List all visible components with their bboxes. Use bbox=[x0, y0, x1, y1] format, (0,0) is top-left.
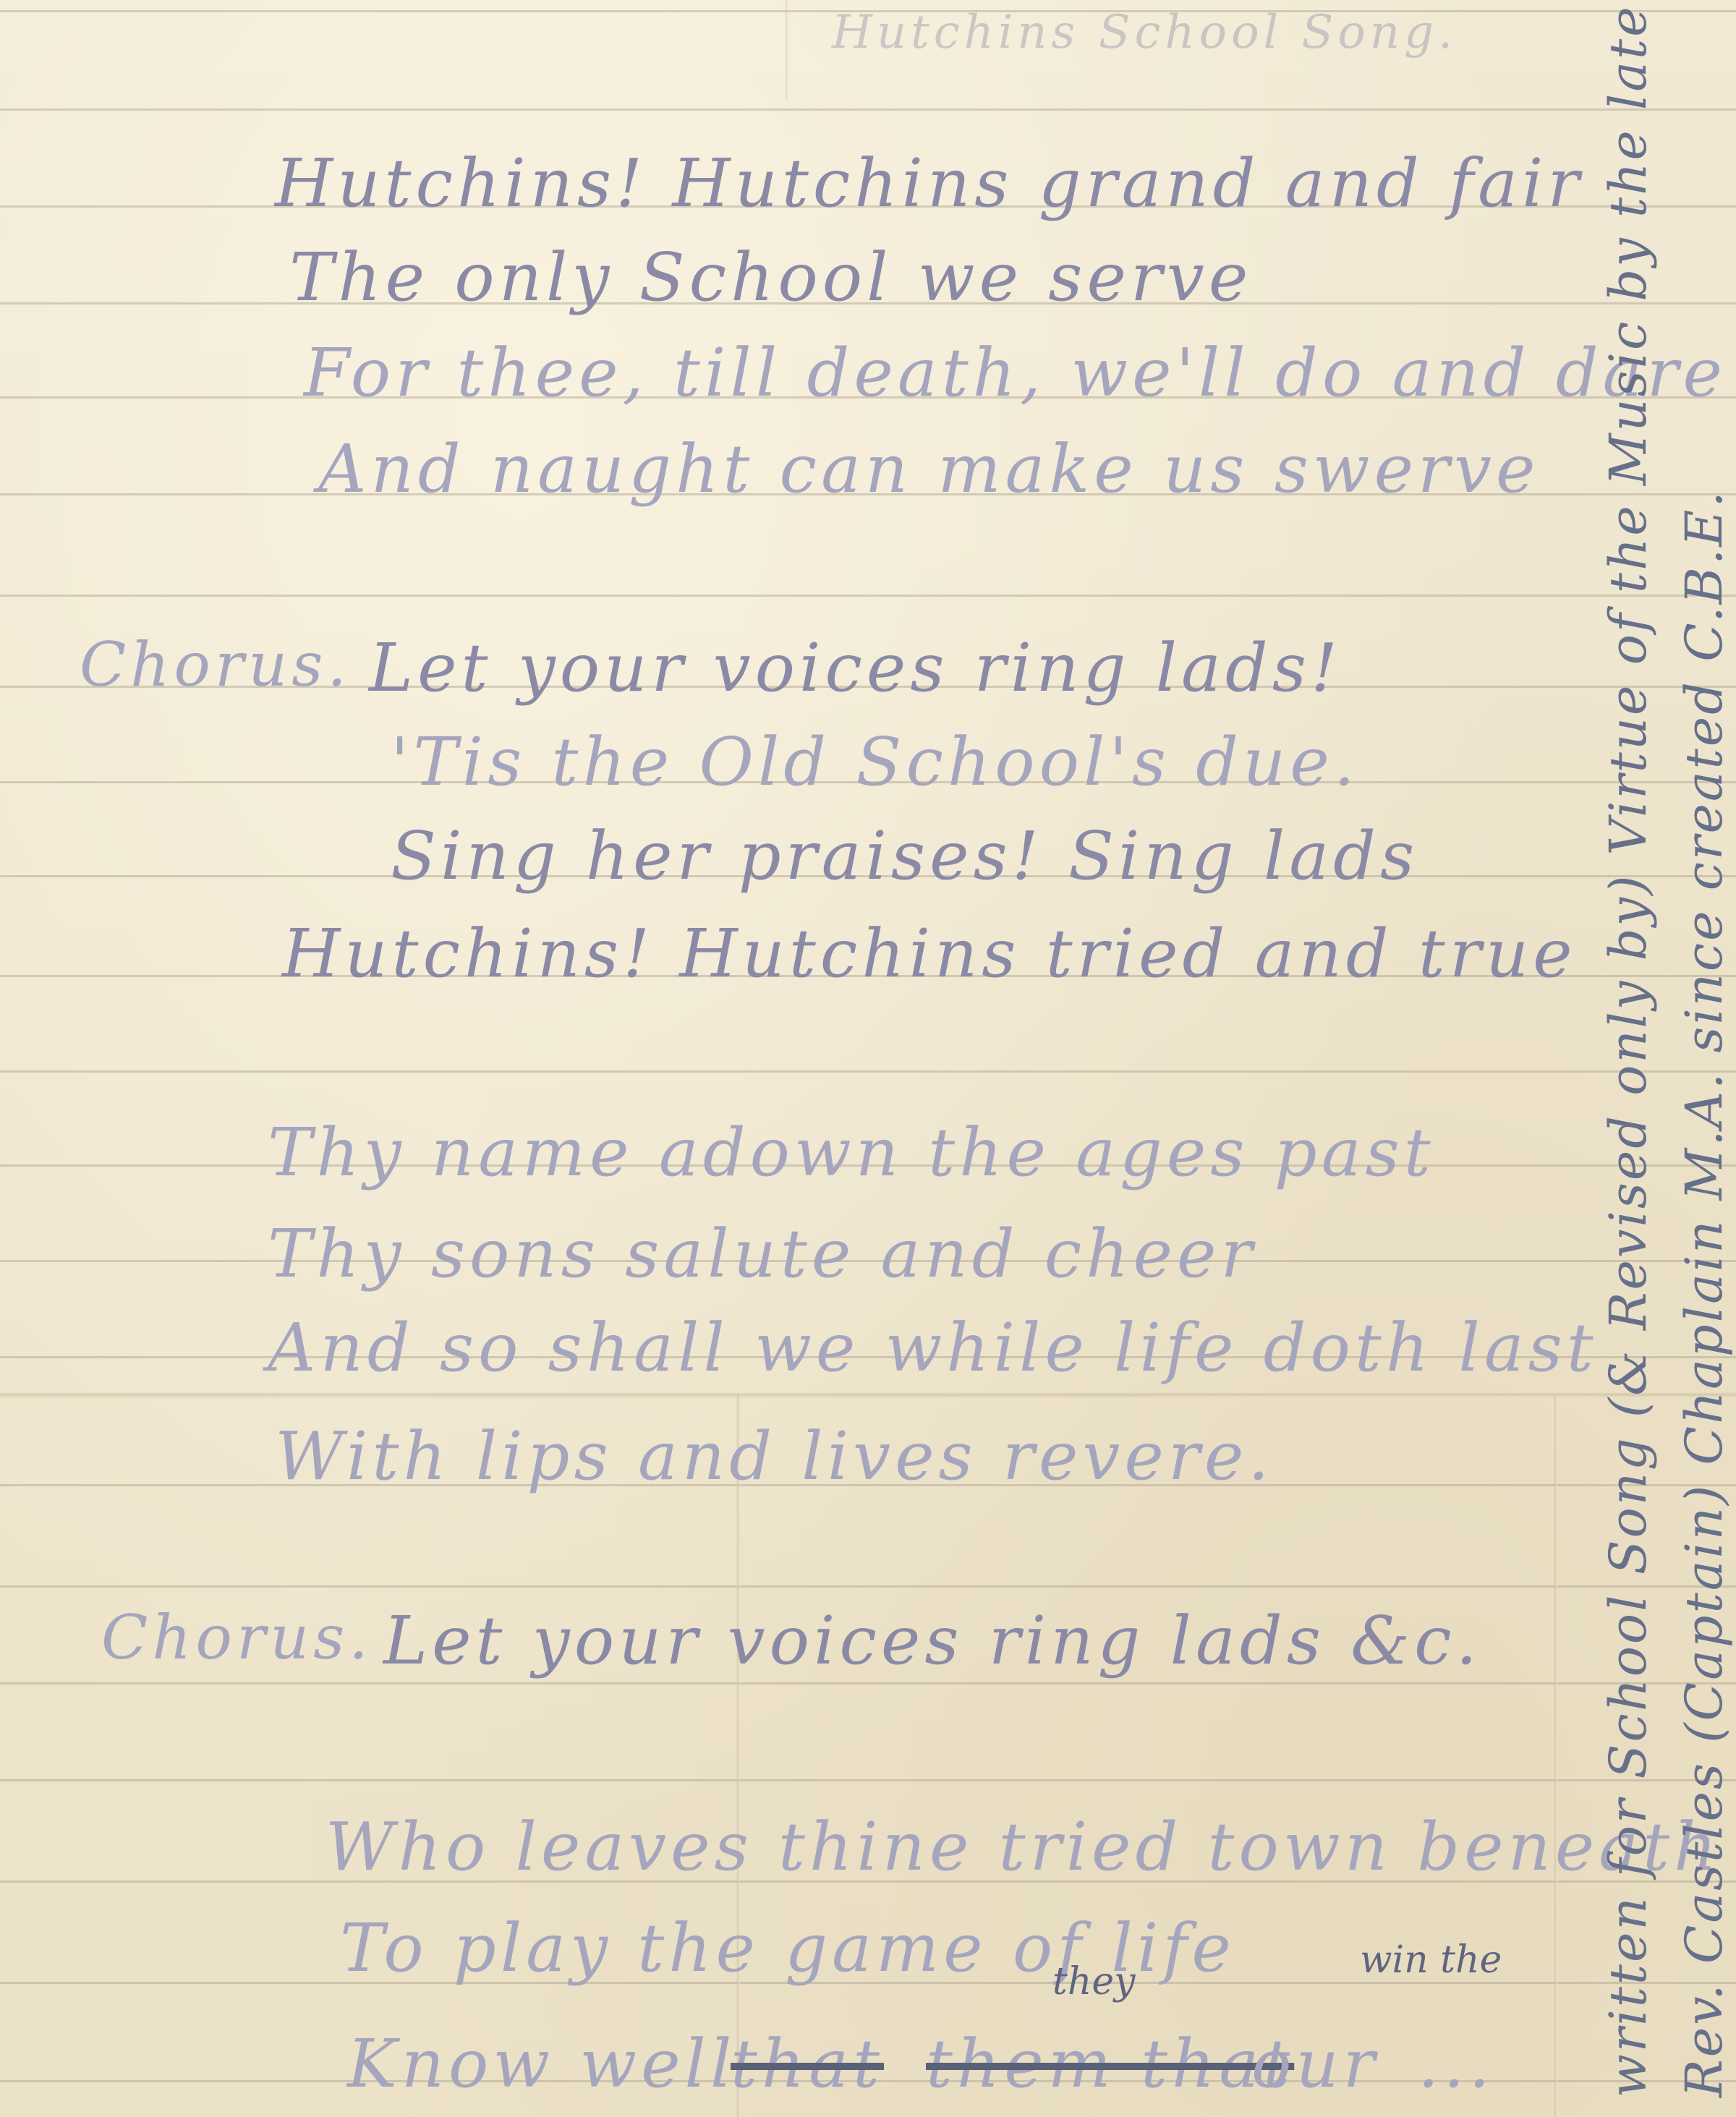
verse-3-struck-phrase: them that bbox=[926, 2025, 1294, 2103]
margin-annotation-column-1: written for School Song (& Revised only … bbox=[1599, 4, 1658, 2097]
verse-3-line-3-end: ... bbox=[1418, 2025, 1494, 2103]
page-title: Hutchins School Song. bbox=[832, 6, 1457, 59]
margin-annotation-column-2: Rev. Castles (Captain) Chaplain M.A. sin… bbox=[1675, 489, 1734, 2097]
verse-3-line-1: Who leaves thine tried town beneath bbox=[325, 1808, 1721, 1886]
fold-crease-vertical bbox=[1554, 1396, 1558, 2117]
ruled-line bbox=[0, 1779, 1736, 1781]
chorus-repeat-label: Chorus. bbox=[101, 1602, 373, 1673]
ruled-line bbox=[0, 1070, 1736, 1073]
ruled-line bbox=[0, 1682, 1736, 1684]
verse-2-line-1: Thy name adown the ages past bbox=[268, 1114, 1435, 1191]
fold-crease-vertical bbox=[785, 0, 789, 101]
verse-2-line-4: With lips and lives revere. bbox=[275, 1418, 1274, 1495]
chorus-label: Chorus. bbox=[80, 629, 351, 700]
chorus-line-2: 'Tis the Old School's due. bbox=[391, 723, 1359, 801]
ruled-line bbox=[0, 108, 1736, 111]
insertion-win-the: win the bbox=[1360, 1938, 1502, 1982]
ruled-line bbox=[0, 1585, 1736, 1588]
verse-2-line-3: And so shall we while life doth last bbox=[268, 1309, 1598, 1387]
chorus-repeat-text: Let your voices ring lads &c. bbox=[383, 1602, 1481, 1679]
verse-2-line-2: Thy sons salute and cheer bbox=[268, 1215, 1256, 1292]
verse-1-line-3: For thee, till death, we'll do and dare bbox=[304, 334, 1727, 412]
chorus-line-1: Let your voices ring lads! bbox=[369, 629, 1342, 707]
chorus-line-3: Sing her praises! Sing lads bbox=[391, 817, 1418, 895]
fold-crease-horizontal bbox=[0, 1392, 1736, 1400]
verse-1-line-2: The only School we serve bbox=[289, 239, 1252, 316]
verse-3-struck-word: that bbox=[731, 2025, 884, 2103]
verse-3-line-3-start: Know well bbox=[347, 2025, 736, 2103]
chorus-line-4: Hutchins! Hutchins tried and true bbox=[282, 915, 1577, 992]
verse-3-line-3-tail: our bbox=[1251, 2025, 1379, 2103]
manuscript-page: Hutchins School Song. Hutchins! Hutchins… bbox=[0, 0, 1736, 2117]
insertion-they: they bbox=[1052, 1960, 1136, 2003]
fold-crease-vertical bbox=[736, 1396, 741, 2117]
verse-1-line-4: And naught can make us swerve bbox=[318, 430, 1539, 508]
verse-1-line-1: Hutchins! Hutchins grand and fair bbox=[275, 145, 1583, 222]
ruled-line bbox=[0, 595, 1736, 597]
